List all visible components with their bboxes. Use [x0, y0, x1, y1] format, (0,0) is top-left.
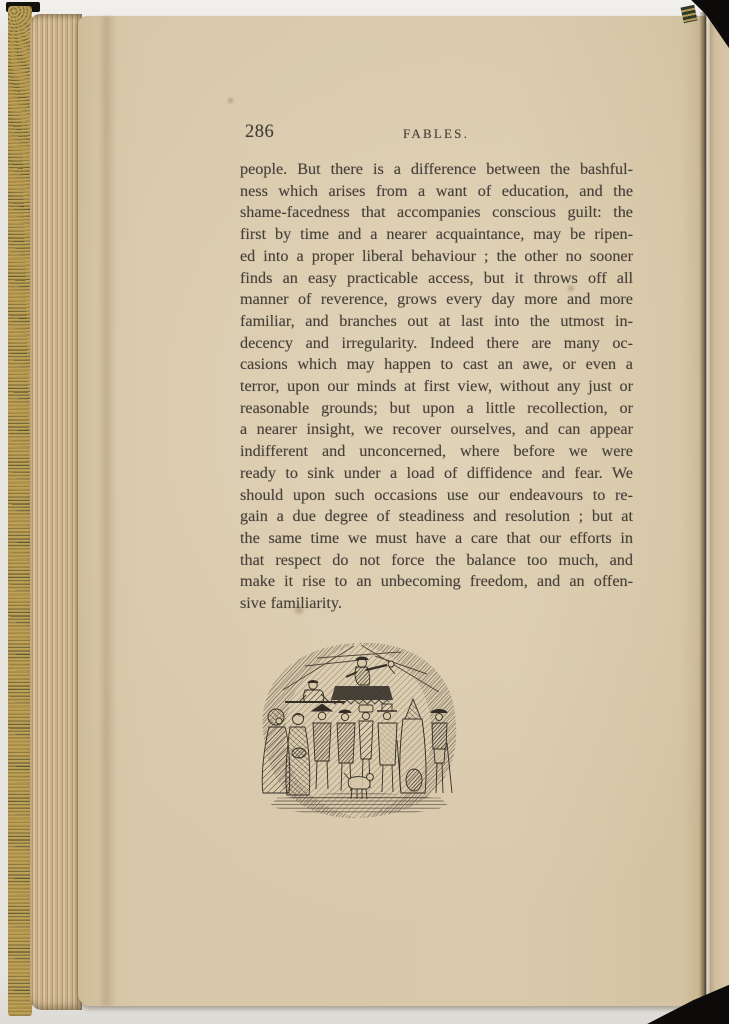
text-line: casions which may happen to cast an awe,…	[240, 354, 633, 376]
text-line: the same time we must have a care that o…	[240, 528, 633, 550]
text-line: first by time and a nearer acquaintance,…	[240, 224, 633, 246]
gilt-spine-edge	[8, 6, 32, 1016]
text-line: ready to sink under a load of diffidence…	[240, 463, 633, 485]
ground-hatching	[271, 793, 447, 815]
headband-detail	[680, 5, 697, 24]
text-line: make it rise to an unbecoming freedom, a…	[240, 571, 633, 593]
body-text: people. But there is a difference betwee…	[240, 159, 633, 615]
text-line: gain a due degree of steadiness and reso…	[240, 506, 633, 528]
text-line: finds an easy practicable access, but it…	[240, 268, 633, 290]
text-line: ed into a proper liberal behaviour ; the…	[240, 246, 633, 268]
text-line: that respect do not force the balance to…	[240, 550, 633, 572]
deckle-edge	[98, 16, 116, 1006]
page-gutter-shadow	[699, 12, 710, 1012]
text-line: a nearer insight, we recover ourselves, …	[240, 419, 633, 441]
text-line: terror, upon our minds at first view, wi…	[240, 376, 633, 398]
age-spot	[226, 96, 235, 105]
text-line: people. But there is a difference betwee…	[240, 159, 633, 181]
running-title: FABLES.	[240, 126, 632, 142]
text-line: reasonable grounds; but upon a little re…	[240, 398, 633, 420]
text-line: familiar, and branches out at last into …	[240, 311, 633, 333]
page-header: 286 FABLES.	[240, 122, 632, 148]
text-line: sive familiarity.	[240, 593, 633, 615]
fable-illustration	[249, 630, 469, 826]
text-line: decency and irregularity. Indeed there a…	[240, 333, 633, 355]
text-line: indifferent and unconcerned, where befor…	[240, 441, 633, 463]
text-line: ness which arises from a want of educati…	[240, 181, 633, 203]
book-photo: 286 FABLES. people. But there is a diffe…	[0, 0, 729, 1024]
text-line: shame-facedness that accompanies conscio…	[240, 202, 633, 224]
facing-page-sliver	[710, 10, 729, 1012]
page-fore-edges	[30, 14, 82, 1010]
text-line: manner of reverence, grows every day mor…	[240, 289, 633, 311]
text-line: should upon such occasions use our endea…	[240, 485, 633, 507]
